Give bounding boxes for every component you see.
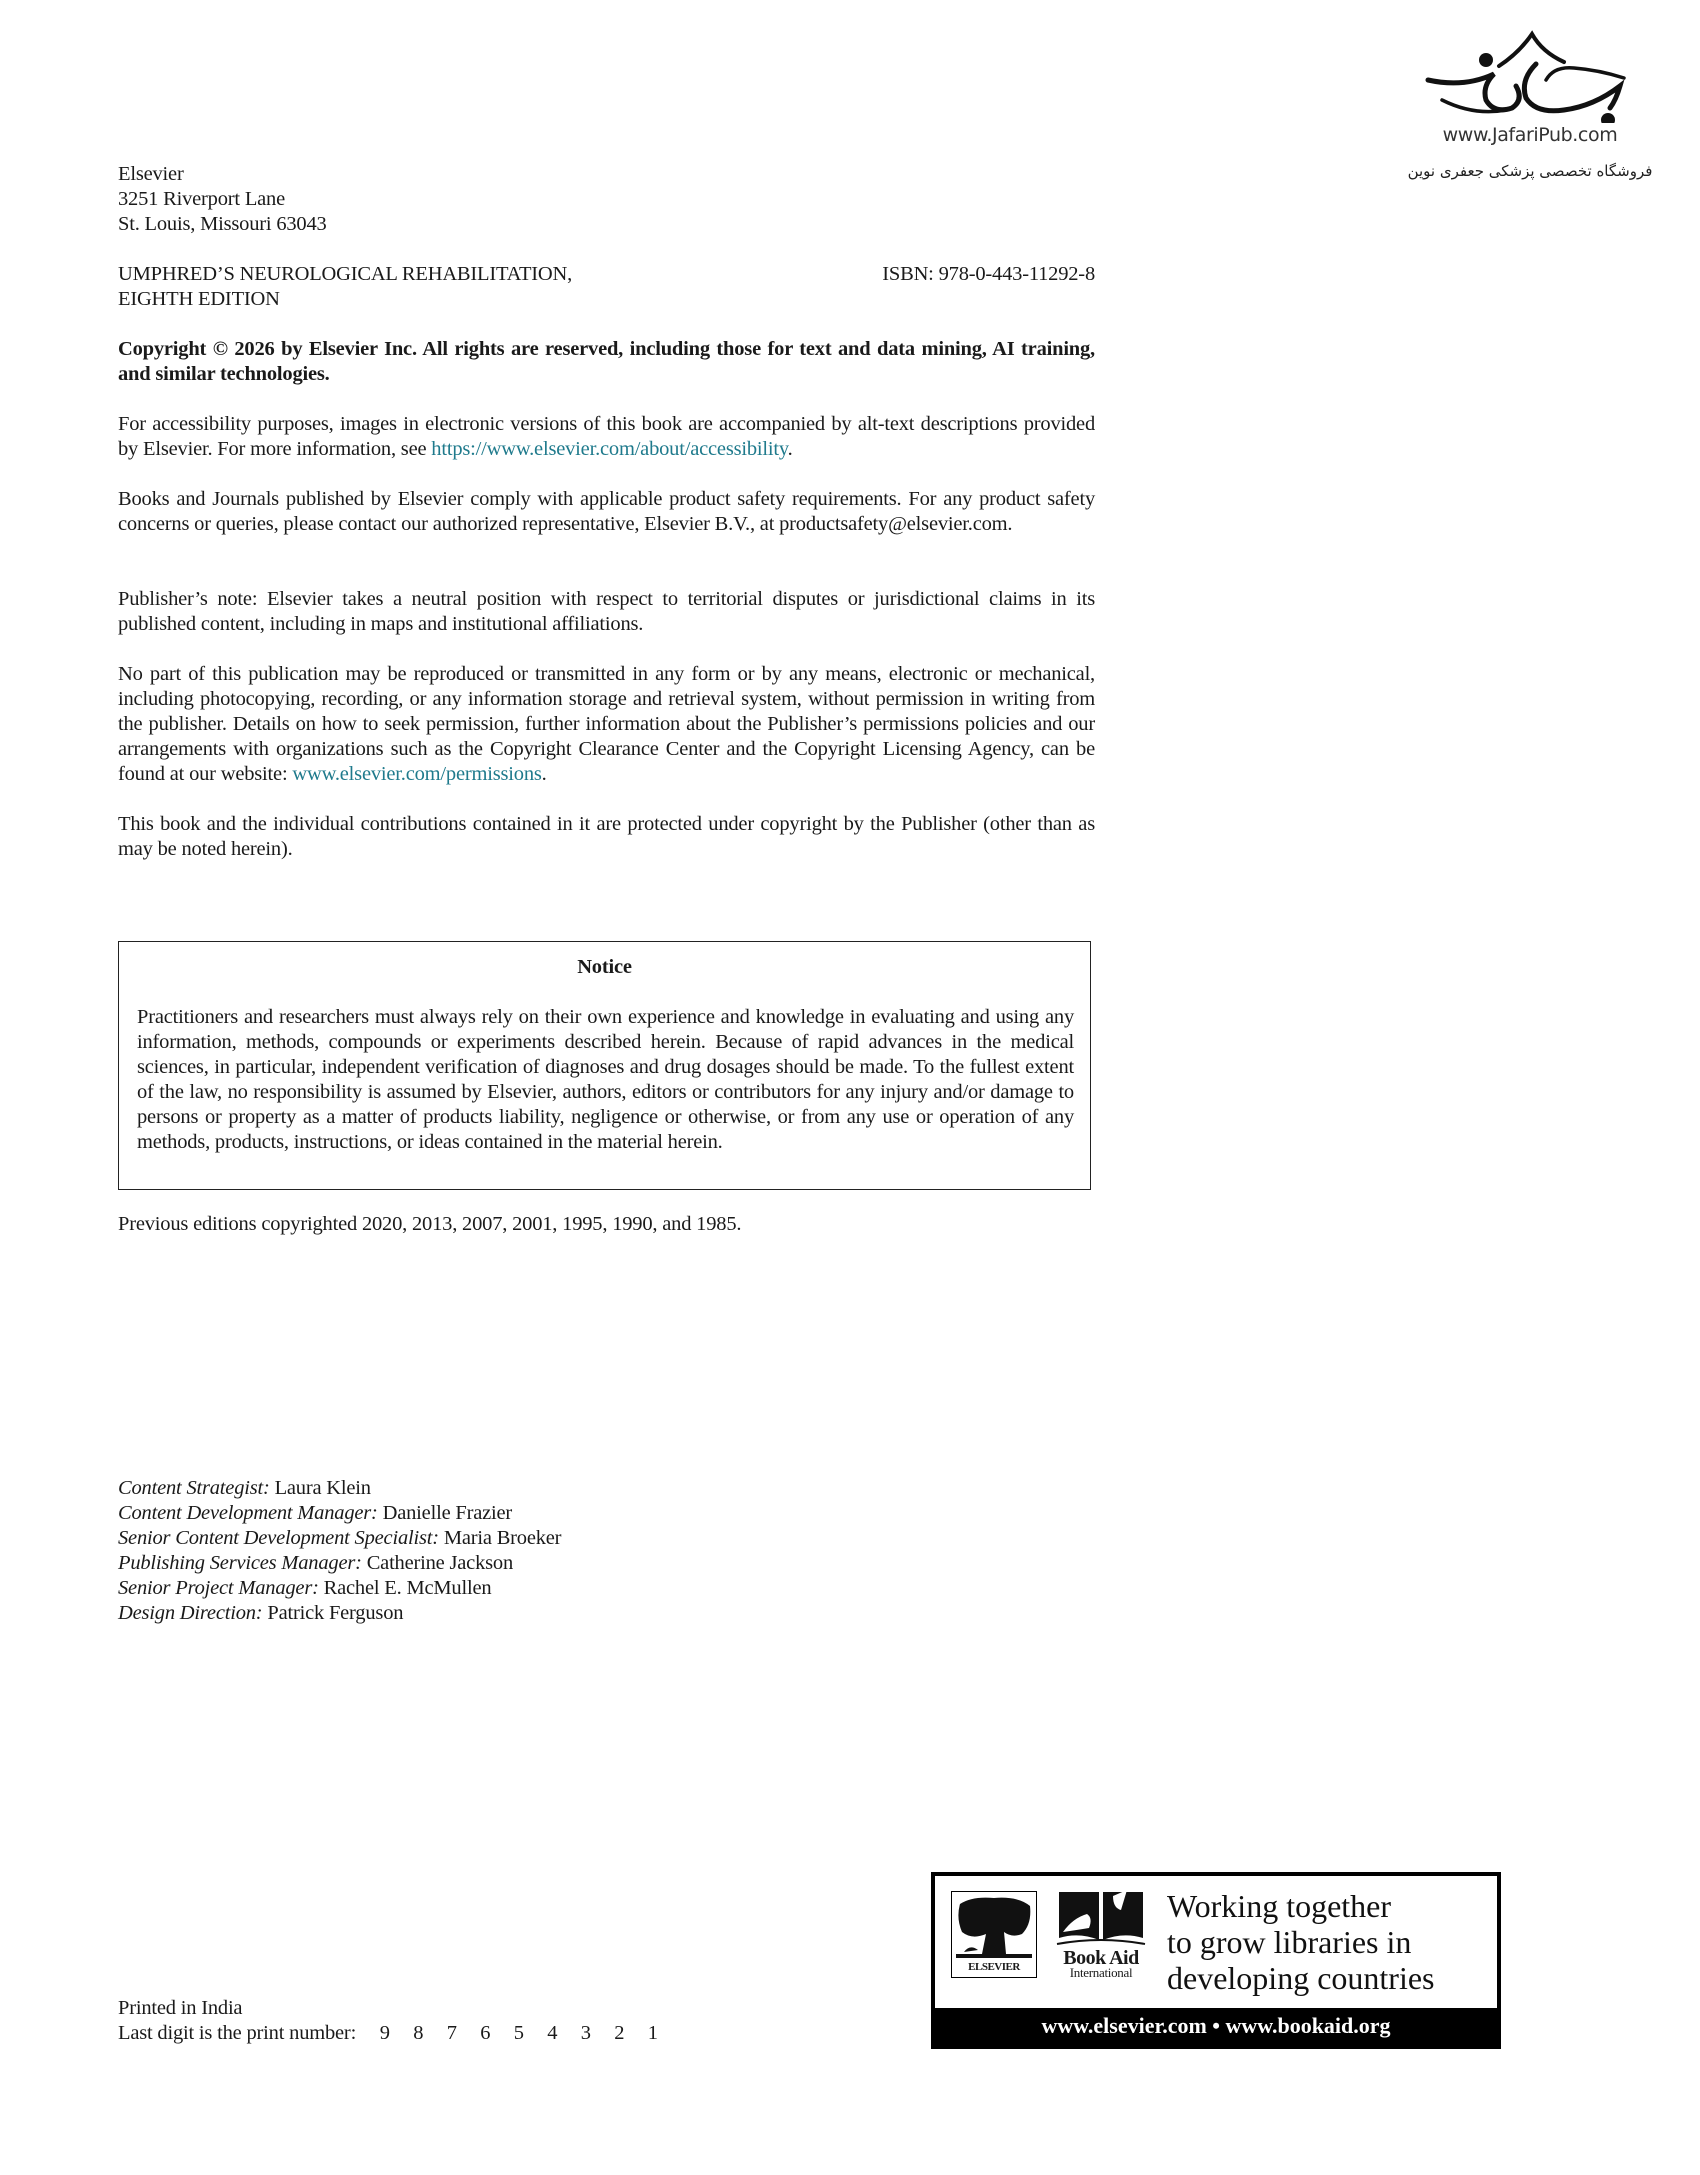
permissions-link[interactable]: www.elsevier.com/permissions [292,763,541,785]
product-safety-paragraph: Books and Journals published by Elsevier… [118,487,1095,537]
previous-editions: Previous editions copyrighted 2020, 2013… [118,1212,1095,1237]
watermark-url: www.JafariPub.com [1380,124,1680,146]
accessibility-paragraph: For accessibility purposes, images in el… [118,412,1095,462]
book-edition: EIGHTH EDITION [118,287,1095,312]
publisher-name: Elsevier [118,162,1095,187]
credit-line: Senior Project Manager: Rachel E. McMull… [118,1576,1095,1601]
notice-box: Notice Practitioners and researchers mus… [118,941,1091,1190]
address-city: St. Louis, Missouri 63043 [118,212,1095,237]
credit-line: Publishing Services Manager: Catherine J… [118,1551,1095,1576]
accessibility-link[interactable]: https://www.elsevier.com/about/accessibi… [431,438,787,460]
production-credits: Content Strategist: Laura Klein Content … [118,1476,1095,1626]
isbn: ISBN: 978-0-443-11292-8 [882,262,1095,287]
credit-line: Design Direction: Patrick Ferguson [118,1601,1095,1626]
print-number-label: Last digit is the print number: [118,2022,356,2044]
address-street: 3251 Riverport Lane [118,187,1095,212]
watermark-persian-text: فروشگاه تخصصی پزشکی جعفری نوین [1380,162,1680,180]
print-digits: 987654321 [363,2022,669,2044]
book-aid-banner: ELSEVIER Book Aid International Working … [931,1872,1501,2049]
jafaripub-logo-icon [1424,28,1634,123]
open-book-hands-icon [1053,1888,1149,1948]
book-aid-sublabel: International [1053,1966,1149,1980]
printing-info: Printed in India Last digit is the print… [118,1996,670,2046]
permissions-text: No part of this publication may be repro… [118,663,1095,785]
banner-tagline: Working together to grow libraries in de… [1167,1888,1434,1996]
credit-line: Senior Content Development Specialist: M… [118,1526,1095,1551]
credit-line: Content Strategist: Laura Klein [118,1476,1095,1501]
banner-footer-urls: www.elsevier.com • www.bookaid.org [935,2008,1497,2045]
print-number-line: Last digit is the print number: 98765432… [118,2021,670,2046]
accessibility-period: . [788,438,793,460]
credit-line: Content Development Manager: Danielle Fr… [118,1501,1095,1526]
jafaripub-watermark: www.JafariPub.com فروشگاه تخصصی پزشکی جع… [1380,22,1680,192]
elsevier-tree-icon [952,1894,1036,1962]
elsevier-label: ELSEVIER [952,1961,1036,1973]
copyright-protection-paragraph: This book and the individual contributio… [118,812,1095,862]
publisher-address: Elsevier 3251 Riverport Lane St. Louis, … [118,162,1095,237]
copyright-statement: Copyright © 2026 by Elsevier Inc. All ri… [118,337,1095,387]
book-info: UMPHRED’S NEUROLOGICAL REHABILITATION, I… [118,262,1095,312]
book-aid-logo: Book Aid International [1053,1888,1149,1983]
notice-body: Practitioners and researchers must alway… [137,1005,1074,1155]
permissions-paragraph: No part of this publication may be repro… [118,662,1095,787]
printed-country: Printed in India [118,1996,670,2021]
permissions-period: . [542,763,547,785]
notice-title: Notice [119,955,1090,980]
publishers-note-paragraph: Publisher’s note: Elsevier takes a neutr… [118,587,1095,637]
elsevier-logo: ELSEVIER [951,1891,1037,1978]
book-title: UMPHRED’S NEUROLOGICAL REHABILITATION, [118,262,572,287]
